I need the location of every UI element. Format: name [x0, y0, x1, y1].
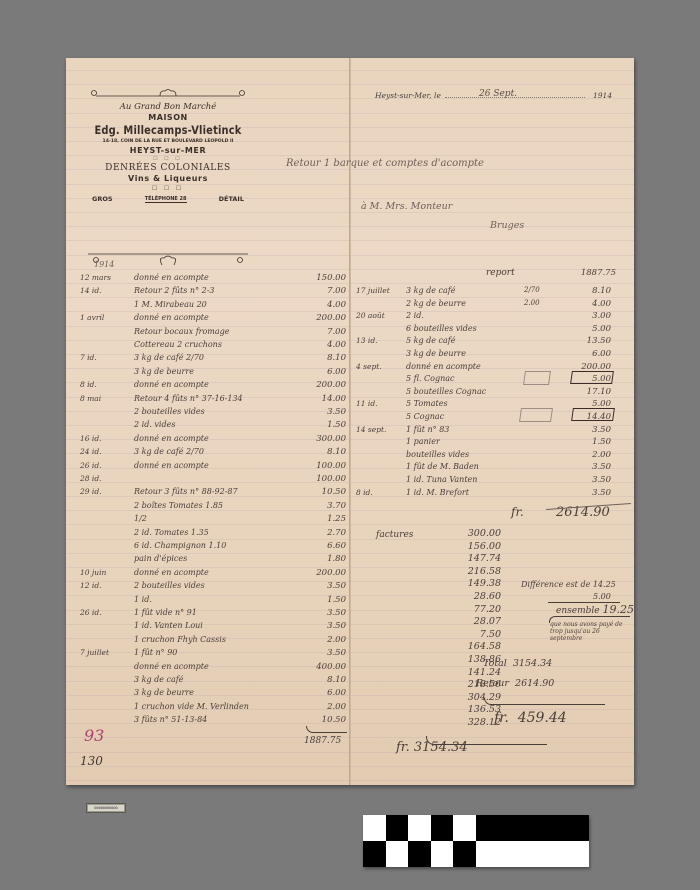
entry-amount: 3.50 [561, 462, 611, 472]
trade-line: GROS TÉLÉPHONE 28 DÉTAIL [88, 195, 248, 203]
entry-date: 11 id. [356, 399, 378, 408]
left-year-mark: 1914 [94, 260, 114, 269]
entry-desc: 3 kg de café [134, 675, 184, 684]
entry-desc: 1 fût n° 83 [406, 425, 449, 434]
entry-amount: 17.10 [561, 387, 611, 397]
entry-desc: donné en acompte [134, 568, 209, 577]
invoice-amount: 77.20 [451, 604, 501, 615]
entry-amount: 1.50 [294, 595, 346, 605]
invoice-amount: 149.38 [451, 578, 501, 589]
entry-desc: donné en acompte [134, 273, 209, 282]
entry-date: 13 id. [356, 336, 378, 345]
entry-date: 7 juillet [80, 648, 109, 657]
entry-amount: 1.50 [561, 437, 611, 447]
entry-date: 12 mars [80, 273, 111, 282]
entry-desc: 3 kg de café 2/70 [134, 353, 204, 362]
entry-amount: 8.10 [294, 353, 346, 363]
entry-date: 12 id. [80, 581, 102, 590]
entry-amount: 1.80 [294, 554, 346, 564]
entry-amount: 3.50 [294, 581, 346, 591]
entry-desc: Retour 3 fûts n° 88-92-87 [134, 487, 238, 496]
entry-amount: 3.50 [561, 475, 611, 485]
place-label: Heyst-sur-Mer, le [375, 91, 441, 100]
invoice-amount: 164.58 [451, 641, 501, 652]
entry-amount: 3.00 [561, 311, 611, 321]
entry-amount: 10.50 [294, 487, 346, 497]
entry-desc: 1 M. Mirabeau 20 [134, 300, 207, 309]
entry-desc: 5 bouteilles Cognac [406, 387, 486, 396]
wholesale-label: GROS [92, 195, 113, 203]
house-label: MAISON [88, 113, 248, 122]
entry-desc: 5 Tomates [406, 399, 448, 408]
report-label: report [486, 268, 515, 278]
entry-date: 14 id. [80, 286, 102, 295]
entry-desc: donné en acompte [406, 362, 481, 371]
entry-date: 4 sept. [356, 362, 382, 371]
entry-desc: 3 kg de café 2/70 [134, 447, 204, 456]
entry-amount: 2.00 [294, 702, 346, 712]
entry-amount: 6.00 [294, 367, 346, 377]
date-handwritten: 26 Sept. [479, 89, 517, 99]
entry-amount: 7.00 [294, 286, 346, 296]
entry-desc: 2 id. vides [134, 420, 175, 429]
entry-date: 7 id. [80, 353, 97, 362]
merchant-city: HEYST-sur-MER [88, 146, 248, 155]
entry-amount: 3.50 [561, 425, 611, 435]
entry-desc: 1 panier [406, 437, 440, 446]
entry-amount: 8.10 [294, 447, 346, 457]
red-pencil-mark: 93 [84, 726, 104, 745]
entry-date: 8 mai [80, 394, 101, 403]
entry-desc: Retour 2 fûts n° 2-3 [134, 286, 215, 295]
entry-desc: 3 kg de café [406, 286, 456, 295]
report-amount: 1887.75 [566, 268, 616, 278]
reconcile-balance: fr. 459.44 [494, 710, 567, 726]
difference-sum: ensemble 19.25 [556, 603, 634, 616]
entry-amount: 100.00 [294, 461, 346, 471]
entry-desc: 6 id. Champignon 1.10 [134, 541, 226, 550]
entry-amount: 150.00 [294, 273, 346, 283]
retail-label: DÉTAIL [219, 195, 244, 203]
marked-box [523, 371, 551, 385]
invoice-amount: 300.00 [451, 528, 501, 539]
entry-amount: 1.50 [294, 420, 346, 430]
difference-note: que nous avons payé de trop jusqu'au 26 … [550, 621, 630, 642]
entry-desc: 2 bouteilles vides [134, 581, 205, 590]
entry-desc: Retour 4 fûts n° 37-16-134 [134, 394, 243, 403]
entry-date: 14 sept. [356, 425, 386, 434]
entry-amount: 3.50 [294, 407, 346, 417]
entry-desc: Retour bocaux fromage [134, 327, 230, 336]
entry-unit: 2.00 [524, 299, 540, 307]
title-line: Retour 1 barque et comptes d'acompte [286, 158, 484, 169]
entry-amount: 1.25 [294, 514, 346, 524]
entry-amount: 5.00 [561, 324, 611, 334]
entry-desc: 5 Cognac [406, 412, 444, 421]
invoice-amount: 7.50 [451, 629, 501, 640]
difference-label: Différence est de 14.25 [521, 580, 616, 589]
marked-box [570, 371, 614, 384]
entry-amount: 100.00 [294, 474, 346, 484]
entry-desc: 1 cruchon vide M. Verlinden [134, 702, 249, 711]
entry-amount: 3.70 [294, 501, 346, 511]
entry-amount: 6.60 [294, 541, 346, 551]
entry-desc: 2 id. Tomates 1.35 [134, 528, 209, 537]
entry-date: 17 juillet [356, 286, 390, 295]
entry-desc: 5 kg de café [406, 336, 456, 345]
entry-desc: donné en acompte [134, 434, 209, 443]
entry-desc: 2 bouteilles vides [134, 407, 205, 416]
reconcile-total: Total 3154.34 [483, 658, 552, 669]
entry-date: 10 juin [80, 568, 106, 577]
entry-desc: 3 fûts n° 51-13-84 [134, 715, 207, 724]
invoice-document: Au Grand Bon Marché MAISON Edg. Millecam… [66, 58, 634, 785]
entry-amount: 6.00 [561, 349, 611, 359]
entry-desc: 6 bouteilles vides [406, 324, 477, 333]
entry-amount: 4.00 [561, 299, 611, 309]
entry-date: 26 id. [80, 608, 102, 617]
entry-desc: 1 id. Vanten Loui [134, 621, 203, 630]
calibration-color-bar [363, 815, 589, 867]
merchant-address: 14-18, COIN DE LA RUE ET BOULEVARD LEOPO… [88, 139, 248, 144]
entry-desc: donné en acompte [134, 380, 209, 389]
entry-desc: bouteilles vides [406, 450, 469, 459]
entry-date: 8 id. [356, 488, 373, 497]
entry-unit: 2/70 [524, 286, 540, 294]
invoice-amount: 216.58 [451, 566, 501, 577]
entry-desc: 2 kg de beurre [406, 299, 466, 308]
entry-desc: 1 id. [134, 595, 152, 604]
entry-desc: 2 boîtes Tomates 1.85 [134, 501, 223, 510]
total-label: fr. [511, 505, 524, 519]
ornament-top-icon [88, 88, 248, 100]
place-date-line: Heyst-sur-Mer, le 26 Sept. 1914 [375, 91, 625, 100]
marked-box [519, 408, 553, 422]
pencil-mark: 130 [80, 754, 103, 768]
entry-desc: 1 id. M. Brefort [406, 488, 469, 497]
entry-date: 16 id. [80, 434, 102, 443]
year: 1914 [593, 91, 612, 100]
entry-desc: pain d'épices [134, 554, 187, 563]
entry-desc: 1/2 [134, 514, 147, 523]
wines-label: Vins & Liqueurs [88, 174, 248, 183]
reconcile-return: Retour 2614.90 [476, 678, 554, 689]
entry-date: 24 id. [80, 447, 102, 456]
entry-desc: donné en acompte [134, 313, 209, 322]
merchant-name: Edg. Millecamps-Vlietinck [82, 123, 254, 137]
entry-amount: 8.10 [561, 286, 611, 296]
entry-amount: 300.00 [294, 434, 346, 444]
entry-amount: 3.50 [294, 648, 346, 658]
square-ornament-icon: □ □ □ [88, 156, 248, 162]
entry-desc: 3 kg de beurre [134, 688, 194, 697]
entry-desc: 1 fût n° 90 [134, 648, 177, 657]
entry-amount: 4.00 [294, 340, 346, 350]
left-total: 1887.75 [304, 736, 341, 746]
entry-desc: donné en acompte [134, 662, 209, 671]
archive-label: 00000000000 [86, 803, 126, 813]
entry-amount: 2.70 [294, 528, 346, 538]
entry-date: 1 avril [80, 313, 104, 322]
entry-amount: 14.00 [294, 394, 346, 404]
addressee: à M. Mrs. Monteur [361, 201, 452, 212]
entry-amount: 200.00 [294, 568, 346, 578]
entry-amount: 10.50 [294, 715, 346, 725]
difference-value2: 5.00 [593, 592, 611, 601]
factures-total: fr. 3154.34 [396, 740, 468, 755]
invoice-amount: 147.74 [451, 553, 501, 564]
entry-desc: 5 fl. Cognac [406, 374, 455, 383]
entry-amount: 2.00 [294, 635, 346, 645]
invoice-amount: 156.00 [451, 541, 501, 552]
entry-amount: 2.00 [561, 450, 611, 460]
entry-amount: 3.50 [294, 608, 346, 618]
entry-amount: 8.10 [294, 675, 346, 685]
entry-amount: 6.00 [294, 688, 346, 698]
entry-date: 26 id. [80, 461, 102, 470]
square-ornament-icon: □ □ □ [88, 184, 248, 192]
entry-amount: 3.50 [561, 488, 611, 498]
invoice-amount: 28.60 [451, 591, 501, 602]
entry-amount: 400.00 [294, 662, 346, 672]
entry-amount: 200.00 [294, 313, 346, 323]
entry-desc: Cottereau 2 cruchons [134, 340, 222, 349]
entry-desc: donné en acompte [134, 461, 209, 470]
entry-amount: 200.00 [294, 380, 346, 390]
letterhead: Au Grand Bon Marché MAISON Edg. Millecam… [88, 94, 248, 203]
factures-label: factures [376, 530, 413, 540]
entry-desc: 2 id. [406, 311, 424, 320]
entry-desc: 1 fût vide n° 91 [134, 608, 197, 617]
entry-amount: 3.50 [294, 621, 346, 631]
entry-amount: 7.00 [294, 327, 346, 337]
marked-box [571, 408, 615, 421]
entry-date: 8 id. [80, 380, 97, 389]
entry-desc: 1 fût de M. Baden [406, 462, 479, 471]
goods-label: DENRÉES COLONIALES [88, 163, 248, 173]
addressee-city: Bruges [490, 220, 524, 231]
entry-amount: 13.50 [561, 336, 611, 346]
invoice-amount: 28.07 [451, 616, 501, 627]
entry-date: 28 id. [80, 474, 102, 483]
telephone-label: TÉLÉPHONE 28 [145, 195, 187, 203]
entry-desc: 3 kg de beurre [134, 367, 194, 376]
entry-desc: 3 kg de beurre [406, 349, 466, 358]
entry-desc: 1 cruchon Fhyh Cassis [134, 635, 226, 644]
entry-amount: 4.00 [294, 300, 346, 310]
shop-name: Au Grand Bon Marché [88, 102, 248, 112]
entry-date: 29 id. [80, 487, 102, 496]
entry-date: 20 août [356, 311, 385, 320]
entry-desc: 1 id. Tuna Vanten [406, 475, 477, 484]
